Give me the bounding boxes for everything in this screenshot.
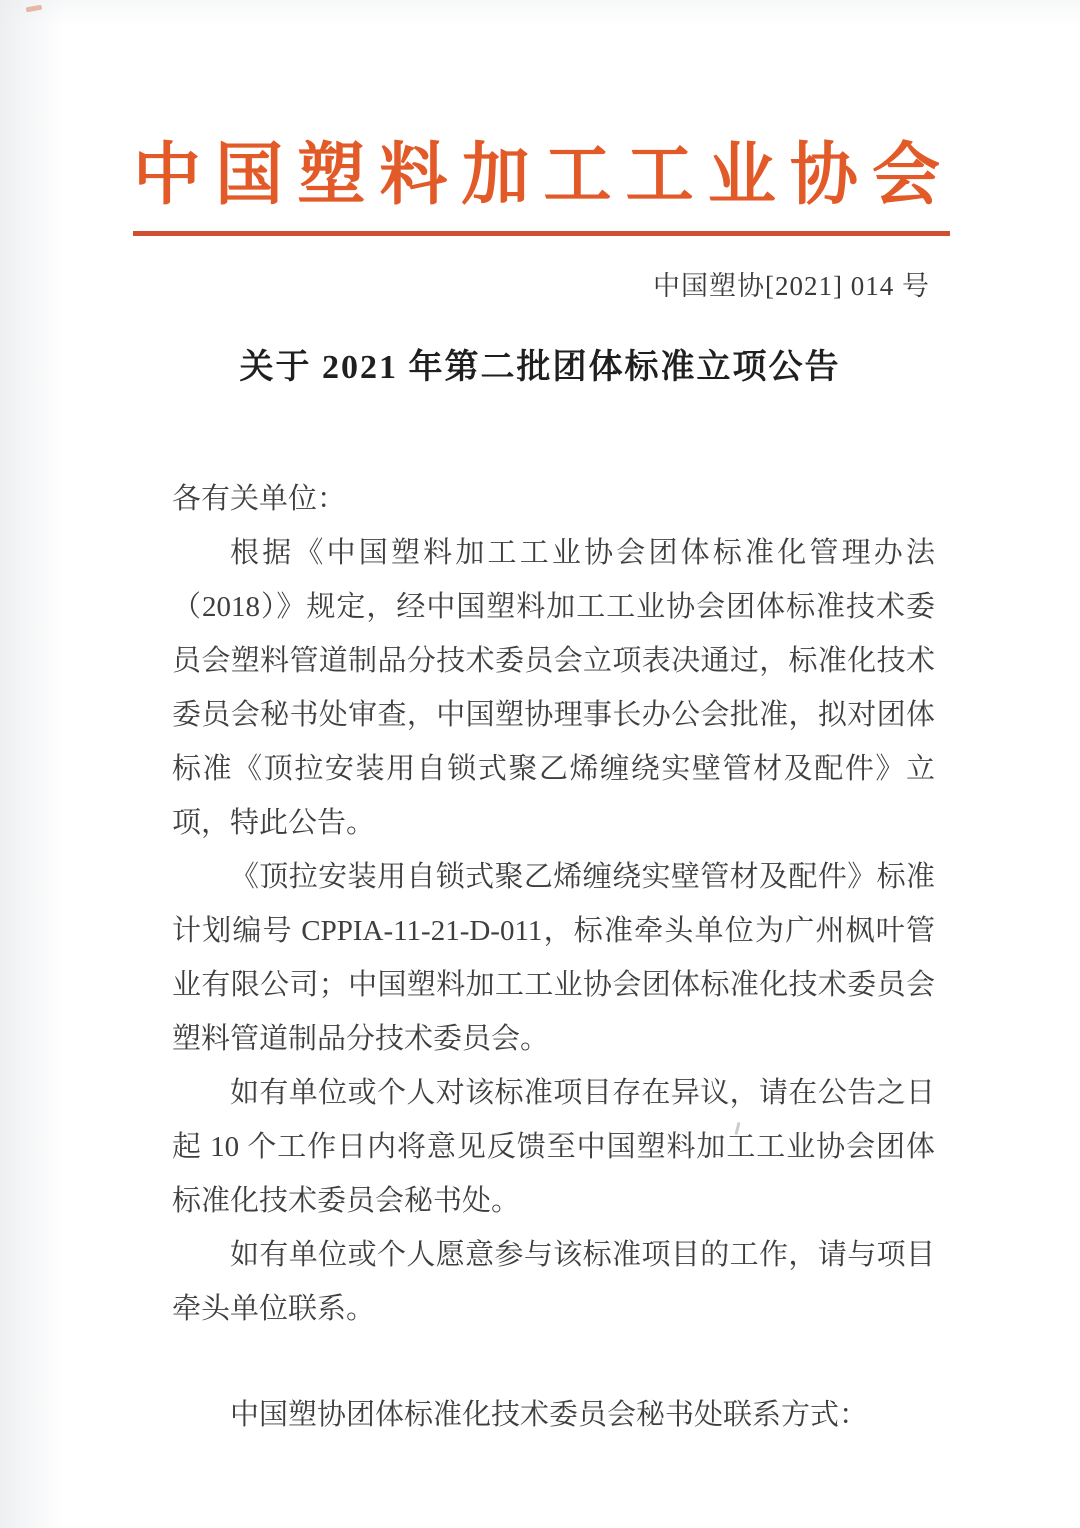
document-page: 中国塑料加工工业协会 中国塑协[2021] 014 号 关于 2021 年第二批… — [0, 0, 1080, 1528]
body-paragraph: 《顶拉安装用自锁式聚乙烯缠绕实壁管材及配件》标准计划编号 CPPIA-11-21… — [172, 850, 935, 1066]
body-paragraph: 如有单位或个人愿意参与该标准项目的工作，请与项目牵头单位联系。 — [172, 1228, 935, 1336]
body-paragraph: 根据《中国塑料加工工业协会团体标准化管理办法（2018）》规定，经中国塑料加工工… — [172, 526, 935, 850]
red-pen-mark — [26, 5, 43, 13]
document-number: 中国塑协[2021] 014 号 — [0, 264, 930, 303]
document-title: 关于 2021 年第二批团体标准立项公告 — [0, 339, 1080, 388]
letterhead-rule-line — [133, 231, 950, 236]
contact-heading-line: 中国塑协团体标准化技术委员会秘书处联系方式： — [172, 1388, 935, 1442]
letterhead-org-name: 中国塑料加工工业协会 — [133, 0, 950, 211]
salutation-line: 各有关单位： — [172, 472, 935, 526]
document-body: 各有关单位： 根据《中国塑料加工工业协会团体标准化管理办法（2018）》规定，经… — [172, 472, 935, 1442]
body-paragraph: 如有单位或个人对该标准项目存在异议，请在公告之日起 10 个工作日内将意见反馈至… — [172, 1066, 935, 1228]
paper-edge-shading — [0, 0, 64, 1528]
